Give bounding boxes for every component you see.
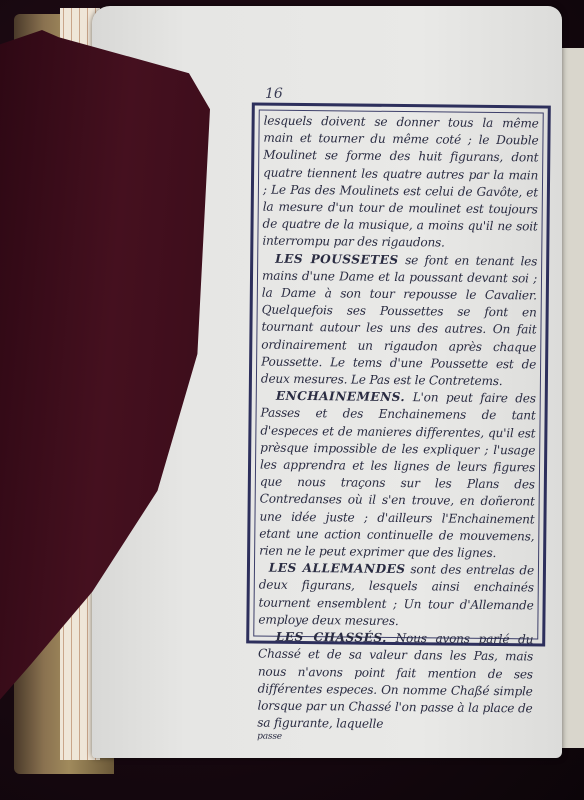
paragraph-poussetes: LES POUSSETES se font en tenant les main…	[261, 250, 537, 390]
engraved-text-frame: lesquels doivent se donner tous la même …	[246, 102, 551, 646]
paragraph-moulinet: lesquels doivent se donner tous la même …	[262, 113, 538, 253]
section-heading: ENCHAINEMENS.	[276, 389, 405, 404]
page-number: 16	[265, 86, 283, 102]
paragraph-allemandes: LES ALLEMANDES sont des entrelas de deux…	[258, 560, 534, 632]
paragraph-chasses: LES CHASSÉS. Nous avons parlé du Chassé …	[257, 629, 533, 735]
section-heading: LES ALLEMANDES	[269, 561, 406, 576]
text-block: lesquels doivent se donner tous la même …	[253, 110, 544, 640]
section-heading: LES CHASSÉS.	[276, 630, 387, 645]
section-heading: LES POUSSETES	[275, 251, 399, 266]
paragraph-enchainemens: ENCHAINEMENS. L'on peut faire des Passes…	[259, 388, 536, 563]
